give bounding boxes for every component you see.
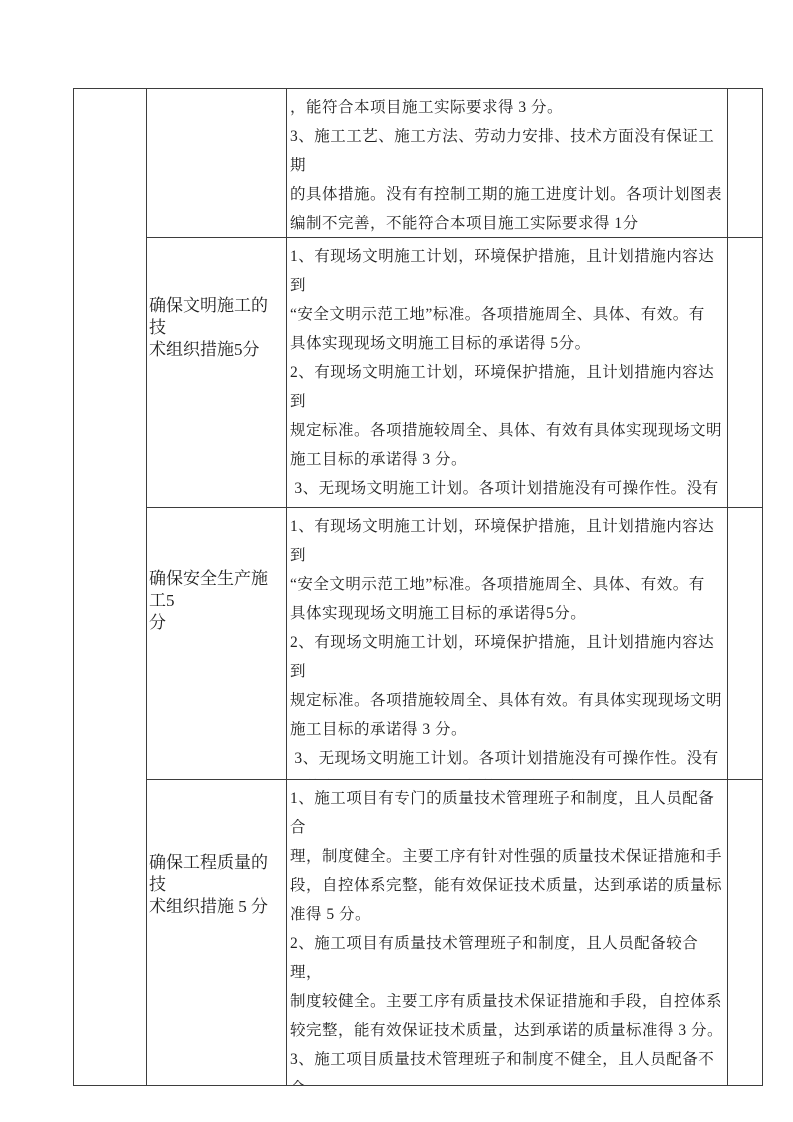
left-margin-merged-cell	[74, 89, 147, 1086]
score-cell	[728, 508, 763, 780]
score-cell	[728, 780, 763, 1086]
score-cell	[728, 89, 763, 238]
criteria-detail-cell: 1、施工项目有专门的质量技术管理班子和制度，且人员配备合 理，制度健全。主要工序…	[287, 780, 728, 1086]
criteria-name-cell	[147, 89, 287, 238]
evaluation-criteria-table: ，能符合本项目施工实际要求得 3 分。 3、施工工艺、施工方法、劳动力安排、技术…	[73, 88, 763, 1086]
criteria-detail-cell: 1、有现场文明施工计划，环境保护措施，且计划措施内容达到 “安全文明示范工地”标…	[287, 238, 728, 508]
criteria-detail-cell: 1、有现场文明施工计划，环境保护措施，且计划措施内容达到 “安全文明示范工地”标…	[287, 508, 728, 780]
criteria-detail-cell: ，能符合本项目施工实际要求得 3 分。 3、施工工艺、施工方法、劳动力安排、技术…	[287, 89, 728, 238]
criteria-name-cell: 确保安全生产施工5 分	[147, 508, 287, 780]
criteria-name-cell: 确保工程质量的技 术组织措施 5 分	[147, 780, 287, 1086]
score-cell	[728, 238, 763, 508]
criteria-name-cell: 确保文明施工的技 术组织措施5分	[147, 238, 287, 508]
document-page: ，能符合本项目施工实际要求得 3 分。 3、施工工艺、施工方法、劳动力安排、技术…	[0, 0, 793, 1122]
